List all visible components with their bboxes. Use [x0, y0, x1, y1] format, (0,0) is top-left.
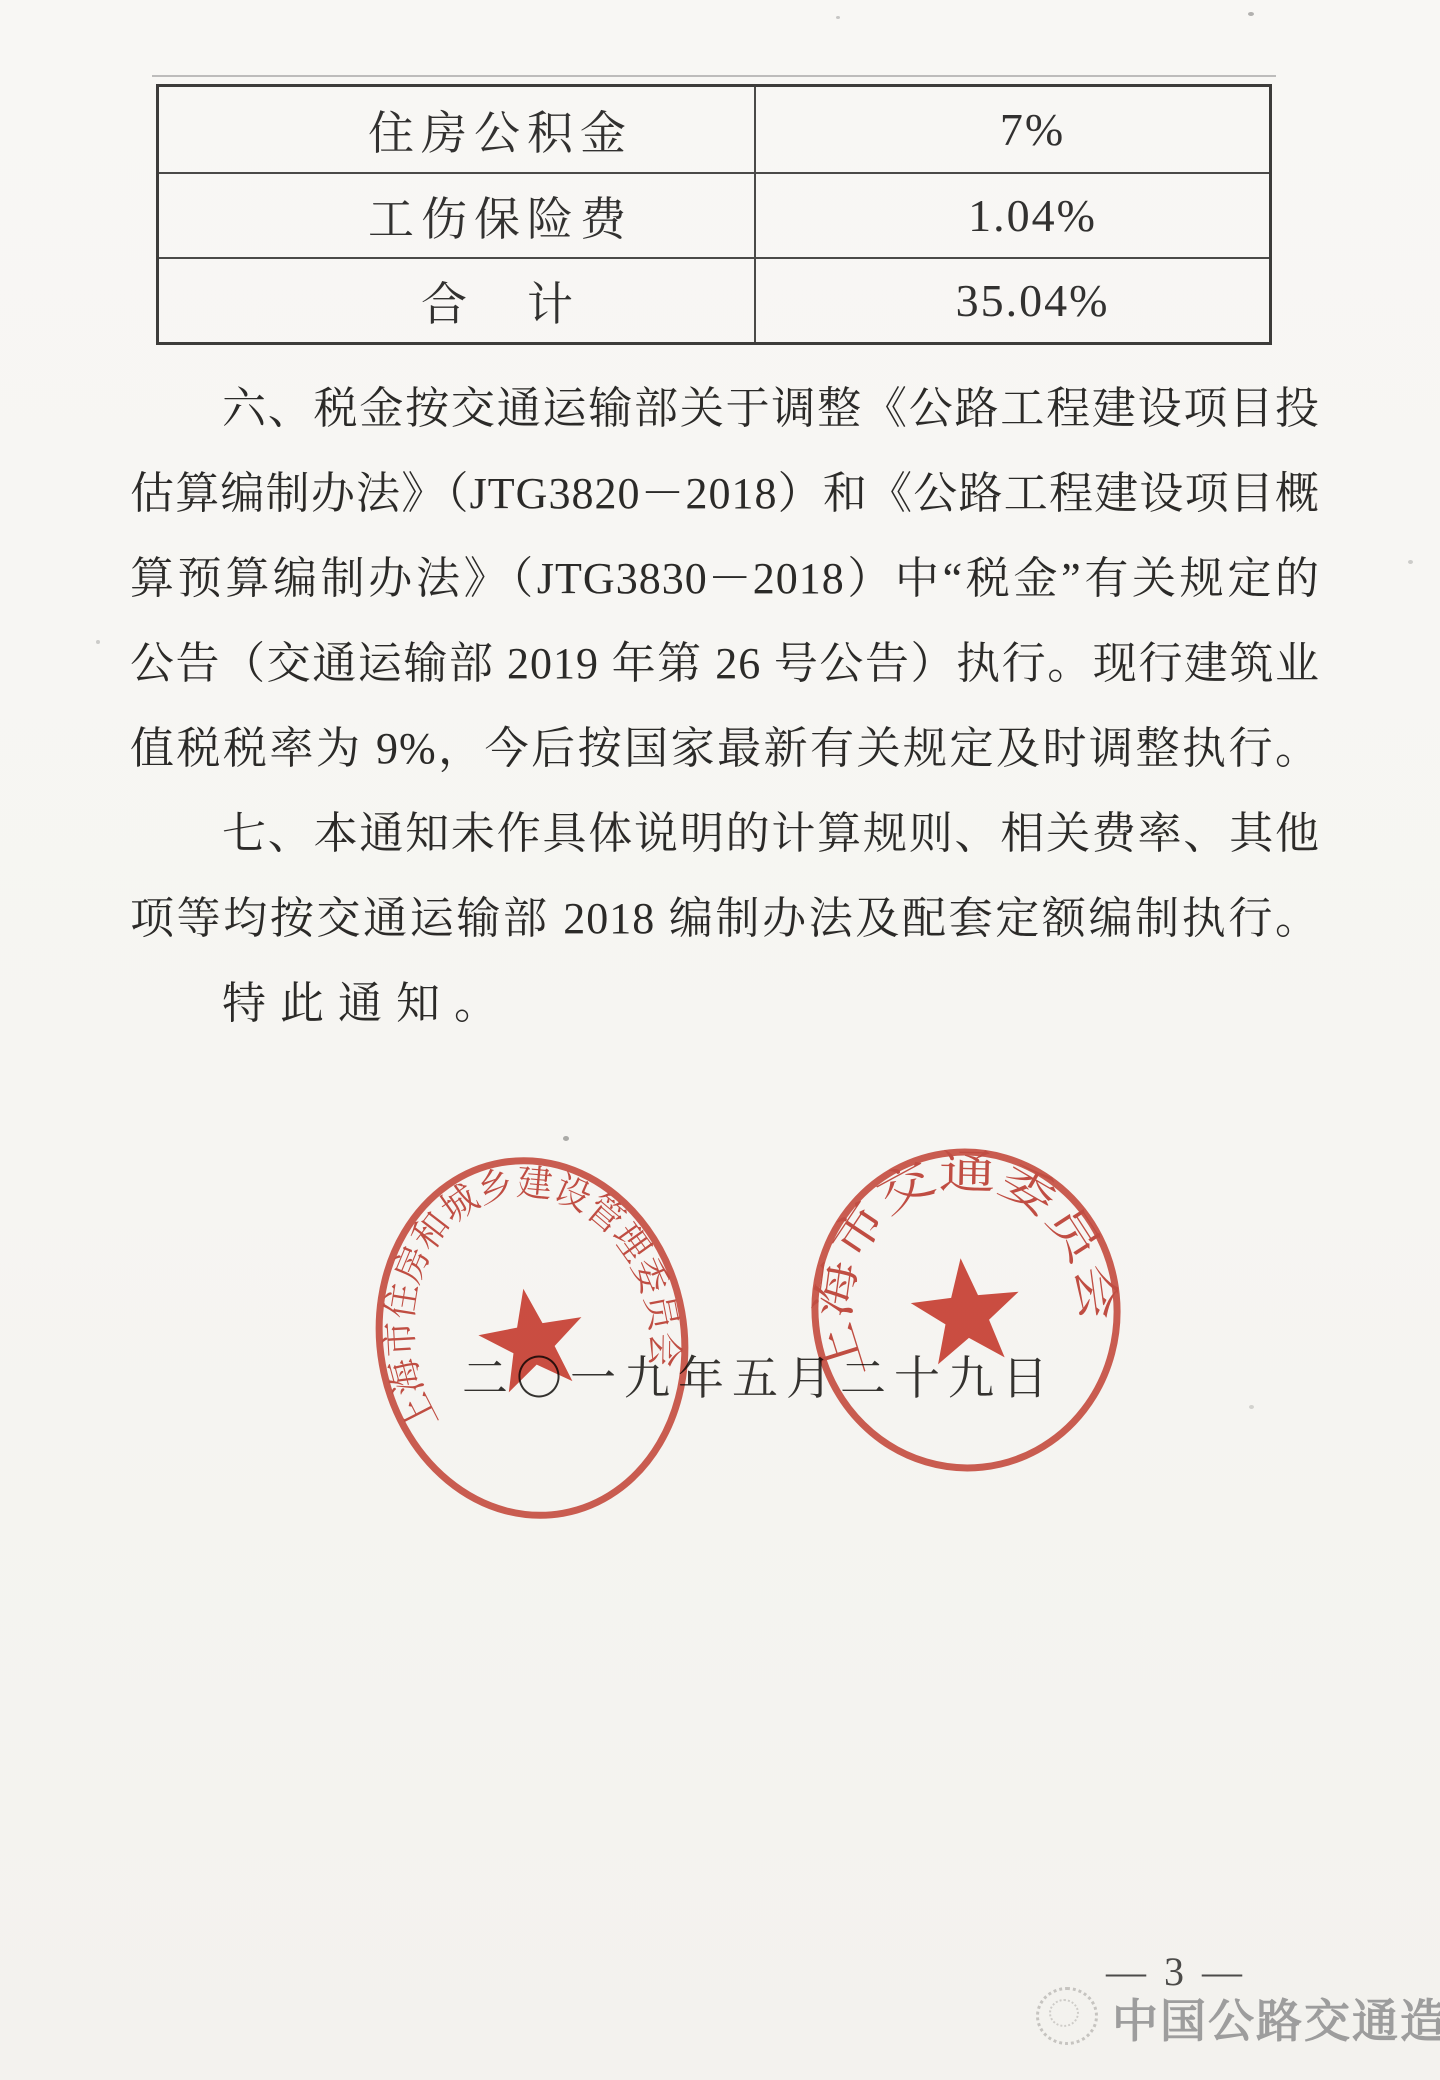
scan-speck — [1249, 1405, 1254, 1409]
paragraph-line: 值税税率为 9%，今后按国家最新有关规定及时调整执行。 — [130, 706, 1320, 791]
watermark-logo-icon — [1036, 1987, 1098, 2045]
housing-commission-seal: 上海市住房和城乡建设管理委员会 — [340, 1125, 724, 1552]
scan-speck — [96, 640, 100, 644]
fee-rate-cell: 7% — [756, 87, 1269, 172]
seal-arc-text: 上海市交通委员会 — [791, 1129, 1128, 1387]
table-row: 合 计 35.04% — [159, 257, 1269, 342]
notice-body: 六、税金按交通运输部关于调整《公路工程建设项目投资 估算编制办法》（JTG382… — [130, 366, 1320, 1046]
scan-speck — [1408, 560, 1413, 564]
closing-line: 特此通知。 — [130, 961, 1320, 1046]
table-top-echo-line — [152, 75, 1276, 77]
table-row: 住房公积金 7% — [159, 87, 1269, 172]
paragraph-line: 项等均按交通运输部 2018 编制办法及配套定额编制执行。 — [130, 876, 1320, 961]
paragraph-line: 公告（交通运输部 2019 年第 26 号公告）执行。现行建筑业增 — [130, 621, 1320, 706]
rates-table: 住房公积金 7% 工伤保险费 1.04% 合 计 35.04% — [156, 84, 1272, 345]
red-star-icon — [472, 1280, 592, 1396]
red-star-icon — [907, 1253, 1026, 1367]
watermark-text: 中国公路交通造价 — [1112, 1985, 1440, 2051]
table-row: 工伤保险费 1.04% — [159, 172, 1269, 257]
fee-name-cell: 住房公积金 — [159, 87, 756, 172]
paragraph-line: 六、税金按交通运输部关于调整《公路工程建设项目投资 — [130, 366, 1320, 451]
fee-rate-cell: 35.04% — [756, 259, 1269, 342]
transport-commission-seal: 上海市交通委员会 — [789, 1127, 1142, 1493]
scan-speck — [836, 16, 840, 19]
scanned-notice-page: 住房公积金 7% 工伤保险费 1.04% 合 计 35.04% 六、税金按交通运… — [0, 0, 1440, 2080]
paragraph-line: 估算编制办法》（JTG3820－2018）和《公路工程建设项目概 — [130, 451, 1320, 536]
fee-rate-cell: 1.04% — [756, 174, 1269, 257]
paragraph-line: 算预算编制办法》（JTG3830－2018）中“税金”有关规定的 — [130, 536, 1320, 621]
scan-speck — [1248, 12, 1254, 16]
paragraph-line: 七、本通知未作具体说明的计算规则、相关费率、其他事 — [130, 791, 1320, 876]
fee-name-cell: 工伤保险费 — [159, 174, 756, 257]
seal-arc-text: 上海市住房和城乡建设管理委员会 — [352, 1137, 695, 1439]
fee-name-cell: 合 计 — [159, 259, 756, 342]
